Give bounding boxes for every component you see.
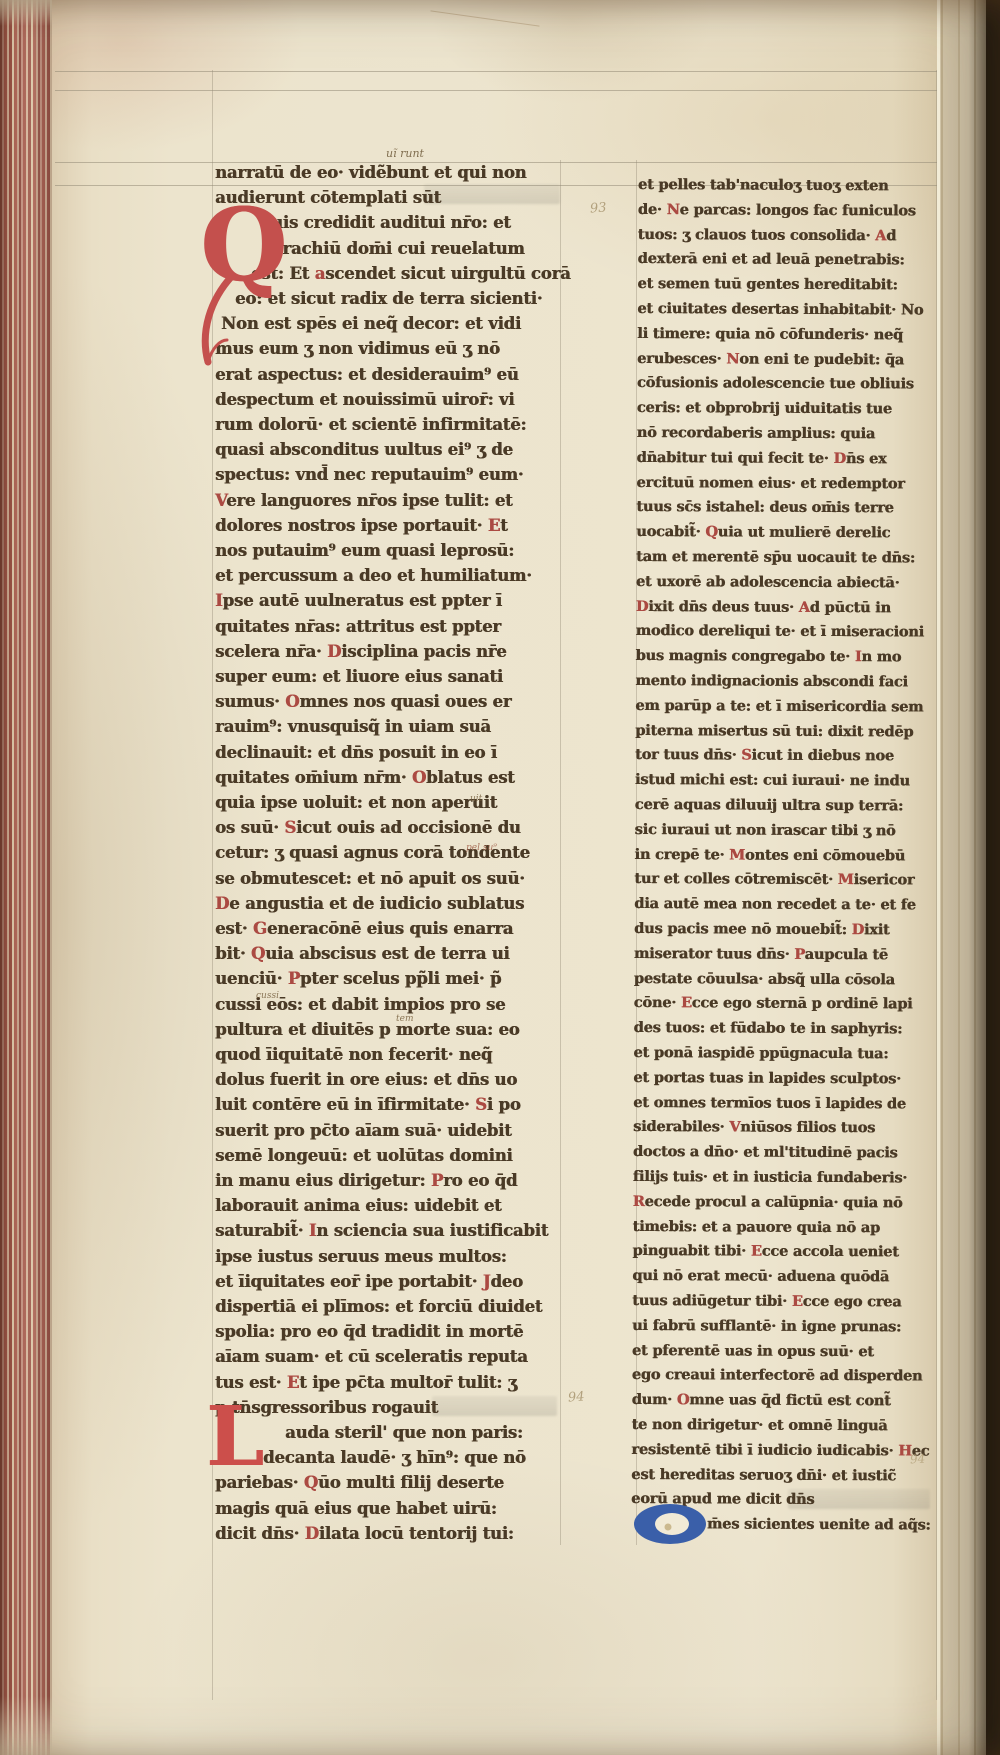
manuscript-photo: narratū de eo· vidẽbunt et qui nonaudier… [0, 0, 1000, 1755]
text-line: pinguabit tibi· Ecce accola ueniet [632, 1242, 898, 1260]
text-line: cōfusionis adolescencie tue obliuis [637, 374, 914, 392]
text-line: dicit dn̄s· Dilata locū tentorij tui: [215, 1524, 514, 1543]
interlinear-gloss: tem [396, 1014, 413, 1024]
interlinear-gloss: pel su⁹ [466, 843, 497, 853]
text-line: et percussum a deo et humiliatum· [215, 566, 532, 585]
text-line: bus magnis congregabo te· In mo [635, 647, 901, 665]
text-line: et omnes termīos tuos ī lapides de [633, 1094, 906, 1112]
text-line: qui nō erat mecū· aduena quōdā [632, 1267, 889, 1285]
text-line: semē longeuū: et uolūtas domini [215, 1146, 512, 1165]
text-line: pultura et diuitēs p morte sua: eo [215, 1020, 519, 1039]
text-line: ego creaui interfectorē ad disperden [632, 1366, 923, 1385]
text-line: rum dolorū· et scientē infirmitatē: [215, 415, 526, 434]
text-column-left: narratū de eo· vidẽbunt et qui nonaudier… [215, 163, 560, 1557]
text-line: dia autē mea non recedet a te· et fe [634, 895, 916, 913]
text-line: resistentē tibi ī iudicio iudicabis· Hec [631, 1441, 929, 1460]
text-line: quod īiquitatē non fecerit· neq̃ [215, 1045, 492, 1064]
drop-cap-l: L [206, 1404, 264, 1471]
text-line: est hereditas seruoʒ dn̄i· et iustic̃ [631, 1466, 896, 1484]
text-line: scelera nr̄a· Disciplina pacis nr̄e [215, 642, 506, 661]
text-line: est· Generacōnē eius quis enarra [215, 919, 513, 938]
text-line: Dixit dn̄s deus tuus· Ad pūctū in [636, 598, 891, 616]
interlinear-gloss: uĩ runt [386, 147, 424, 160]
ruled-line [55, 71, 937, 72]
text-line: Ipse autē uulneratus est ppter ī [215, 591, 502, 610]
ruled-line [936, 70, 937, 1700]
text-line: mus eum ʒ non vidimus eū ʒ nō [215, 339, 500, 358]
text-line: ui fabrū sufflantē· in igne prunas: [632, 1317, 901, 1335]
text-line: Vere languores nr̄os ipse tulit: et [215, 491, 512, 510]
text-line: dolores nostros ipse portauit· Et [215, 516, 508, 535]
text-line: despectum et nouissimū uiror̄: vi [215, 390, 514, 409]
text-line: te non dirigetur· et omnē linguā [631, 1416, 887, 1434]
text-line: suerit pro pc̄to aīam suā· uidebit [215, 1121, 512, 1140]
text-line: timebis: et a pauore quia nō ap [632, 1218, 879, 1236]
text-column-right: et pelles tab'naculoʒ tuoʒ extende· Ne p… [631, 176, 936, 1550]
text-line: decanta laudē· ʒ hīn⁹: que nō [263, 1448, 526, 1467]
text-line: tuus adiūgetur tibi· Ecce ego crea [632, 1292, 901, 1310]
text-line: se obmutescet: et nō apuit os suū· [215, 869, 525, 888]
text-line: nō recordaberis amplius: quia [637, 424, 875, 442]
folio-number: 94 [910, 1451, 926, 1466]
text-line: saturabit̃· In sciencia sua iustificabit [215, 1221, 548, 1240]
text-line: tor tuus dn̄s· Sicut in diebus noe [635, 746, 894, 764]
ruled-line [560, 160, 561, 1545]
drop-cap-q-tail [196, 272, 240, 368]
text-line: Non est spēs ei neq̃ decor: et vidi [221, 314, 521, 333]
text-line: in crepē te· Montes eni cōmouebū [634, 846, 905, 864]
text-line: de· Ne parcas: longos fac funiculos [638, 201, 916, 219]
text-line: mento indignacionis abscondi faci [635, 672, 907, 690]
text-line: narratū de eo· vidẽbunt et qui non [215, 163, 526, 182]
text-line: bit· Quia abscisus est de terra ui [215, 944, 510, 963]
interlinear-gloss: uit [470, 794, 482, 804]
folio-number: 93 [589, 200, 607, 216]
drop-cap-o [632, 1502, 708, 1550]
text-line: sumus· Omnes nos quasi oues er [215, 692, 511, 711]
text-line: brachiū dom̄i cui reuelatum [271, 239, 525, 258]
text-line: tuus sc̄s istahel: deus om̄is terre [636, 498, 893, 516]
text-line: tuos: ʒ clauos tuos consolida· Ad [638, 226, 896, 244]
ruled-line [55, 90, 937, 91]
text-line: cerē aquas diluuij ultra sup terrā: [635, 796, 903, 814]
text-line: spectus: vnd̄ nec reputauim⁹ eum· [215, 465, 523, 484]
text-line: dexterā eni et ad leuā penetrabis: [638, 250, 905, 268]
text-line: spolia: pro eo q̄d tradidit in mortē [215, 1322, 523, 1341]
text-line: dn̄abitur tui qui fecit te· Dn̄s ex [636, 449, 886, 467]
text-line: miserator tuus dn̄s· Paupcula tē [634, 945, 888, 963]
text-line: et īiquitates eor̄ ipe portabit· Jdeo [215, 1272, 523, 1291]
text-line: uis credidit auditui nr̄o: et [271, 213, 511, 232]
text-line: sic iuraui ut non irascar tibi ʒ nō [635, 821, 896, 839]
text-line: super eum: et liuore eius sanati [215, 667, 503, 686]
text-line: dum· Omne uas q̄d fictū est cont̃ [632, 1391, 891, 1409]
text-line: et ponā iaspidē ppūgnacula tua: [633, 1044, 888, 1062]
text-line: aīam suam· et cū sceleratis reputa [215, 1347, 528, 1366]
text-line: uocabit̃· Quia ut mulierē derelic [636, 523, 890, 541]
text-line: doctos a dn̄o· et ml'titudinē pacis [633, 1143, 898, 1161]
text-line: m̄es sicientes uenite ad aq̃s: [707, 1516, 931, 1534]
text-line: quia ipse uoluit: et non aperuit [215, 793, 497, 812]
text-line: des tuos: et fūdabo te in saphyris: [633, 1019, 902, 1037]
text-line: os suū· Sicut ouis ad occisionē du [215, 818, 521, 837]
text-line: et pferentē uas in opus suū· et [632, 1342, 874, 1360]
text-line: ipse iustus seruus meus multos: [215, 1247, 507, 1266]
text-line: em parūp a te: et ī misericordia sem [635, 697, 923, 716]
text-line: est: Et ascendet sicut uirgultū corā [251, 264, 570, 283]
text-line: tam et merentē sp̄u uocauit te dn̄s: [636, 548, 915, 566]
folio-number: 94 [567, 1389, 585, 1405]
text-line: erat aspectus: et desiderauim⁹ eū [215, 365, 519, 384]
text-line: istud michi est: cui iuraui· ne indu [635, 771, 910, 789]
text-line: uenciū· Ppter scelus pp̃li mei· p̃ [215, 969, 501, 988]
text-line: auda steril' que non paris: [285, 1423, 523, 1442]
text-line: ercituū nomen eius· et redemptor [636, 474, 904, 492]
text-line: quitates om̄ium nr̄m· Oblatus est [215, 768, 515, 787]
text-line: et ciuitates desertas inhabitabit· No [637, 300, 923, 318]
book-fore-edge [0, 0, 54, 1755]
text-line: laborauit anima eius: uidebit et [215, 1196, 501, 1215]
text-line: piterna misertus sū tui: dixit redēp [635, 722, 913, 740]
text-line: et semen tuū gentes hereditabit: [637, 275, 897, 293]
text-line: cōne· Ecce ego sternā p ordinē lapi [634, 994, 913, 1012]
text-line: magis quā eius que habet uirū: [215, 1499, 497, 1518]
text-line: luit contēre eū in īfirmitate· Si po [215, 1095, 521, 1114]
text-line: De angustia et de iudicio sublatus [215, 894, 524, 913]
text-line: siderabiles· Vniūsos filios tuos [633, 1118, 875, 1136]
text-line: nos putauim⁹ eum quasi leprosū: [215, 541, 514, 560]
text-line: dolus fuerit in ore eius: et dn̄s uo [215, 1070, 517, 1089]
text-line: quasi absconditus uultus ei⁹ ʒ de [215, 440, 513, 459]
text-line: dus pacis mee nō mouebit̃: Dixit [634, 920, 889, 938]
text-line: et uxorē ab adolescencia abiectā· [636, 573, 900, 591]
interlinear-gloss: cussi [256, 991, 279, 1001]
text-line: li timere: quia nō cōfunderis· neq̃ [637, 325, 903, 343]
text-line: rauim⁹: vnusquisq̃ in uiam suā [215, 717, 491, 736]
text-line: dispertiā ei plīmos: et forciū diuidet [215, 1297, 542, 1316]
text-line: tur et colles cōtremiscēt· Misericor [634, 870, 914, 888]
text-line: erubesces· Non eni te pudebit: q̄a [637, 350, 904, 368]
text-line: in manu eius dirigetur: Pro eo q̄d [215, 1171, 517, 1190]
text-line: quitates nr̄as: attritus est ppter [215, 617, 501, 636]
text-line: Recede procul a calūpnia· quia nō [633, 1193, 903, 1211]
text-line: pestate cōuulsa· absq̃ ulla cōsola [634, 970, 895, 988]
text-line: declinauit: et dn̄s posuit in eo ī [215, 743, 497, 762]
text-line: ceris: et obprobrij uiduitatis tue [637, 399, 892, 417]
text-line: modico dereliqui te· et ī miseracioni [636, 622, 924, 641]
text-line: et portas tuas in lapides sculptos· [633, 1069, 901, 1087]
text-line: filijs tuis· et in iusticia fundaberis· [633, 1168, 907, 1186]
text-line: et pelles tab'naculoʒ tuoʒ exten [638, 176, 888, 194]
